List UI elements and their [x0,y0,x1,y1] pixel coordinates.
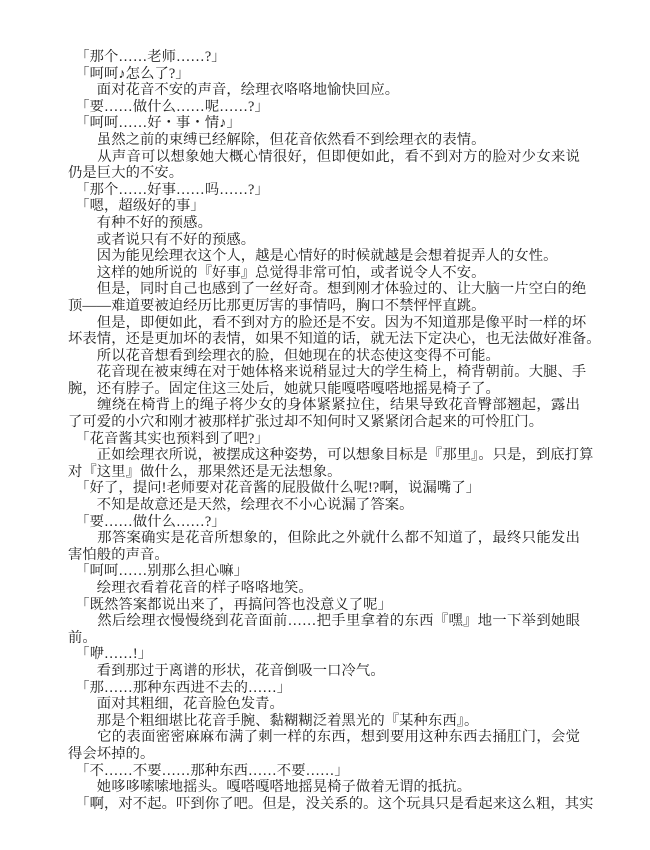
text-line: 所以花音想看到绘理衣的脸，但她现在的状态使这变得不可能。 [68,348,580,365]
text-line: 「啊，对不起。吓到你了吧。但是，没关系的。这个玩具只是看起来这么粗，其实 [68,796,580,813]
text-line: 花音现在被束缚在对于她体格来说稍显过大的学生椅上，椅背朝前。大腿、手 [68,364,580,381]
text-line: 「要……做什么……?」 [68,514,580,531]
text-line: 不知是故意还是天然，绘理衣不小心说漏了答案。 [68,497,580,514]
text-line: 看到那过于离谱的形状，花音倒吸一口冷气。 [68,663,580,680]
document-page: 「那个……老师……?」 「呵呵♪怎么了?」 面对花音不安的声音，绘理衣咯咯地愉快… [0,0,650,850]
text-line: 「嗯，超级好的事」 [68,198,580,215]
text-line: 「既然答案都说出来了，再搞问答也没意义了呢」 [68,597,580,614]
text-line: 仍是巨大的不安。 [68,165,580,182]
text-line: 前。 [68,630,580,647]
text-line: 了可爱的小穴和刚才被那样扩张过却不知何时又紧紧闭合起来的可怜肛门。 [68,414,580,431]
text-line: 对『这里』做什么，那果然还是无法想象。 [68,464,580,481]
text-line: 坏表情，还是更加坏的表情，如果不知道的话，就无法下定决心，也无法做好准备。 [68,331,580,348]
text-line: 但是，即便如此，看不到对方的脸还是不安。因为不知道那是像平时一样的坏 [68,315,580,332]
text-line: 有种不好的预感。 [68,215,580,232]
text-line: 虽然之前的束缚已经解除，但花音依然看不到绘理衣的表情。 [68,132,580,149]
text-line: 面对其粗细，花音脸色发青。 [68,696,580,713]
text-line: 它的表面密密麻麻布满了刺一样的东西，想到要用这种东西去捅肛门，会觉 [68,729,580,746]
text-line: 但是，同时自己也感到了一丝好奇。想到刚才体验过的、让大脑一片空白的绝 [68,281,580,298]
text-line: 「咿……!」 [68,646,580,663]
text-line: 「那……那种东西进不去的……」 [68,680,580,697]
text-line: 这样的她所说的『好事』总觉得非常可怕，或者说令人不安。 [68,265,580,282]
text-line: 因为能见绘理衣这个人，越是心情好的时候就越是会想着捉弄人的女性。 [68,248,580,265]
text-line: 「那个……老师……?」 [68,49,580,66]
text-line: 顶——难道要被迫经历比那更厉害的事情吗，胸口不禁怦怦直跳。 [68,298,580,315]
text-line: 「不……不要……那种东西……不要……」 [68,763,580,780]
text-line: 「呵呵♪怎么了?」 [68,66,580,83]
text-line: 绘理衣看着花音的样子咯咯地笑。 [68,580,580,597]
text-line: 缠绕在椅背上的绳子将少女的身体紧紧拉住，结果导致花音臀部翘起，露出 [68,397,580,414]
text-line: 或者说只有不好的预感。 [68,232,580,249]
text-line: 然后绘理衣慢慢绕到花音面前……把手里拿着的东西『嘿』地一下举到她眼 [68,613,580,630]
text-line: 害怕般的声音。 [68,547,580,564]
text-line: 「呵呵……好・事・情♪」 [68,115,580,132]
text-line: 腕，还有脖子。固定住这三处后，她就只能嘎嗒嘎嗒地摇晃椅子了。 [68,381,580,398]
text-line: 「那个……好事……吗……?」 [68,182,580,199]
text-line: 得会坏掉的。 [68,746,580,763]
text-line: 「要……做什么……呢……?」 [68,99,580,116]
text-line: 「花音酱其实也预料到了吧?」 [68,431,580,448]
novel-text-block: 「那个……老师……?」 「呵呵♪怎么了?」 面对花音不安的声音，绘理衣咯咯地愉快… [68,49,580,812]
text-line: 「呵呵……别那么担心嘛」 [68,563,580,580]
text-line: 面对花音不安的声音，绘理衣咯咯地愉快回应。 [68,82,580,99]
text-line: 那是个粗细堪比花音手腕、黏糊糊泛着黑光的『某种东西』。 [68,713,580,730]
text-line: 她哆哆嗦嗦地摇头。嘎嗒嘎嗒地摇晃椅子做着无谓的抵抗。 [68,779,580,796]
text-line: 正如绘理衣所说，被摆成这种姿势，可以想象目标是『那里』。只是，到底打算 [68,447,580,464]
text-line: 「好了，提问!老师要对花音酱的屁股做什么呢!?啊，说漏嘴了」 [68,480,580,497]
text-line: 那答案确实是花音所想象的，但除此之外就什么都不知道了，最终只能发出 [68,530,580,547]
text-line: 从声音可以想象她大概心情很好，但即便如此，看不到对方的脸对少女来说 [68,149,580,166]
